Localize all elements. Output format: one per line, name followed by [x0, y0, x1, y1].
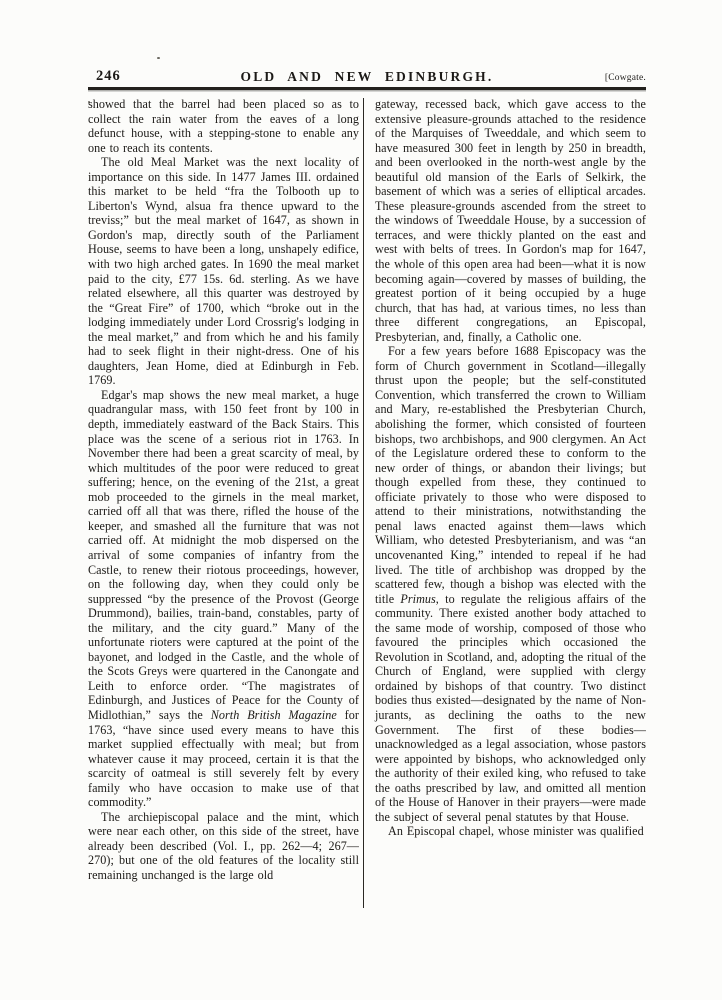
- paragraph: The old Meal Market was the next localit…: [88, 155, 359, 388]
- text-block: showed that the barrel had been placed s…: [88, 97, 646, 883]
- text-run: , to regulate the religious affairs of t…: [375, 592, 646, 824]
- text-run: The old Meal Market was the next localit…: [88, 155, 359, 387]
- paragraph: gateway, recessed back, which gave acces…: [375, 97, 646, 344]
- header-rule: [88, 87, 646, 90]
- text-run: For a few years before 1688 Episcopacy w…: [375, 344, 646, 605]
- scan-speckle: [157, 57, 160, 59]
- paragraph: An Episcopal chapel, whose minister was …: [375, 824, 646, 839]
- paragraph: Edgar's map shows the new meal market, a…: [88, 388, 359, 810]
- left-column: showed that the barrel had been placed s…: [88, 97, 359, 883]
- paragraph: The archiepiscopal palace and the mint, …: [88, 810, 359, 883]
- text-run: An Episcopal chapel, whose minister was …: [388, 824, 644, 838]
- italic-text-run: Primus: [400, 592, 435, 606]
- page-title: OLD AND NEW EDINBURGH.: [88, 69, 646, 85]
- column-divider-rule: [363, 98, 364, 908]
- right-column: gateway, recessed back, which gave acces…: [375, 97, 646, 883]
- text-run: The archiepiscopal palace and the mint, …: [88, 810, 359, 882]
- running-head: 246 OLD AND NEW EDINBURGH. [Cowgate.: [88, 63, 646, 85]
- text-run: gateway, recessed back, which gave acces…: [375, 97, 646, 344]
- text-run: showed that the barrel had been placed s…: [88, 97, 359, 155]
- text-run: Edgar's map shows the new meal market, a…: [88, 388, 359, 722]
- paragraph: showed that the barrel had been placed s…: [88, 97, 359, 155]
- paragraph: For a few years before 1688 Episcopacy w…: [375, 344, 646, 824]
- book-page: 246 OLD AND NEW EDINBURGH. [Cowgate. sho…: [0, 0, 722, 1000]
- italic-text-run: North British Magazine: [211, 708, 337, 722]
- text-run: for 1763, “have since used every means t…: [88, 708, 359, 809]
- running-header-note: [Cowgate.: [605, 73, 646, 83]
